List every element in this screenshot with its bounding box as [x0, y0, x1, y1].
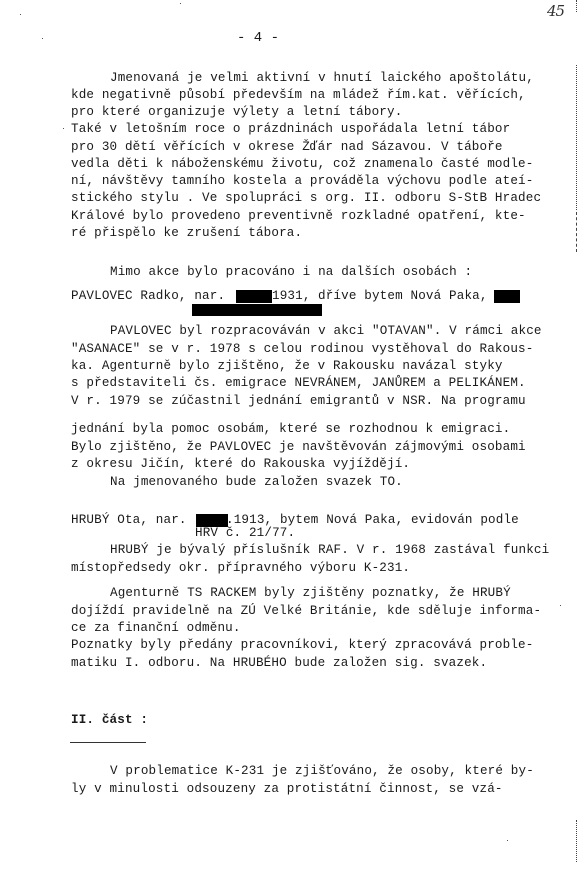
heading-underline: [70, 742, 146, 743]
paragraph-line: vedla děti k náboženskému životu, což zn…: [71, 156, 533, 172]
redaction-box: [192, 304, 322, 316]
scan-edge-line: [576, 820, 577, 862]
paragraph-line: Také v letošním roce o prázdninách uspoř…: [71, 121, 510, 137]
person-2-registry: HRV č. 21/77.: [195, 525, 295, 541]
paragraph-line: pro které organizuje výlety a letní tábo…: [71, 104, 402, 120]
paragraph-line: "ASANACE" se v r. 1978 s celou rodinou v…: [71, 341, 533, 357]
paragraph-line: ly v minulosti odsouzeny za protistátní …: [71, 781, 503, 797]
paragraph-line: ka. Agenturně bylo zjištěno, že v Rakous…: [71, 358, 503, 374]
redaction-box: [494, 290, 520, 303]
folio-number: 45: [547, 2, 564, 20]
paragraph-line: dojíždí pravidelně na ZÚ Velké Británie,…: [71, 603, 541, 619]
document-page: 45 - 4 - Jmenovaná je velmi aktivní v hn…: [0, 0, 588, 879]
page-number: - 4 -: [228, 30, 288, 46]
scan-speck: [42, 38, 43, 39]
paragraph-line: Jmenovaná je velmi aktivní v hnutí laick…: [110, 70, 534, 86]
paragraph-line: matiku I. odboru. Na HRUBÉHO bude založe…: [71, 655, 487, 671]
paragraph-line: místopředsedy okr. přípravného výboru K-…: [71, 560, 410, 576]
scan-speck: [63, 128, 64, 129]
scan-speck: [20, 14, 21, 15]
person-1-address: dříve bytem Nová Paka,: [318, 288, 488, 304]
paragraph-line: HRUBÝ je bývalý příslušník RAF. V r. 196…: [110, 542, 549, 558]
paragraph-line: ré přispělo ke zrušení tábora.: [71, 225, 302, 241]
paragraph-line: PAVLOVEC byl rozpracováván v akci "OTAVA…: [110, 323, 542, 339]
scan-edge-line: [576, 65, 577, 210]
paragraph-line: Poznatky byly předány pracovníkovi, kter…: [71, 637, 533, 653]
paragraph-line: z okresu Jičín, které do Rakouska vyjížd…: [71, 456, 410, 472]
paragraph-line: V problematice K-231 je zjišťováno, že o…: [110, 763, 534, 779]
paragraph-line: s představiteli čs. emigrace NEVRÁNEM, J…: [71, 375, 526, 391]
scan-speck: [507, 840, 508, 841]
paragraph-line: Králové bylo provedeno preventivně rozkl…: [71, 208, 526, 224]
paragraph-line: Agenturně TS RACKEM byly zjištěny poznat…: [110, 585, 511, 601]
person-2-name: HRUBÝ Ota, nar.: [71, 512, 187, 528]
paragraph-line: Bylo zjištěno, že PAVLOVEC je navštěvová…: [71, 439, 526, 455]
section-heading: II. část :: [71, 712, 148, 728]
person-1-closing: Na jmenovaného bude založen svazek TO.: [110, 474, 403, 490]
paragraph-line: pro 30 dětí věřících v okrese Žďár nad S…: [71, 139, 503, 155]
paragraph-line: ce za finanční odměnu.: [71, 620, 241, 636]
paragraph-line: kde negativně působí především na mládež…: [71, 87, 526, 103]
paragraph-line: jednání byla pomoc osobám, které se rozh…: [71, 421, 510, 437]
intro-other-persons: Mimo akce bylo pracováno i na dalších os…: [110, 264, 472, 280]
person-1-year: 1931,: [272, 288, 311, 304]
paragraph-line: stického stylu . Ve spolupráci s org. II…: [71, 190, 541, 206]
scan-speck: [560, 605, 561, 606]
redaction-box: [236, 290, 272, 303]
scan-speck: [180, 3, 181, 4]
paragraph-line: ní, návštěvy tamního kostela a prováděla…: [71, 173, 533, 189]
scan-edge-line: [576, 212, 577, 252]
person-1-name: PAVLOVEC Radko, nar.: [71, 288, 225, 304]
scan-edge-line: [576, 0, 577, 12]
paragraph-line: V r. 1979 se zúčastnil jednání emigrantů…: [71, 393, 526, 409]
